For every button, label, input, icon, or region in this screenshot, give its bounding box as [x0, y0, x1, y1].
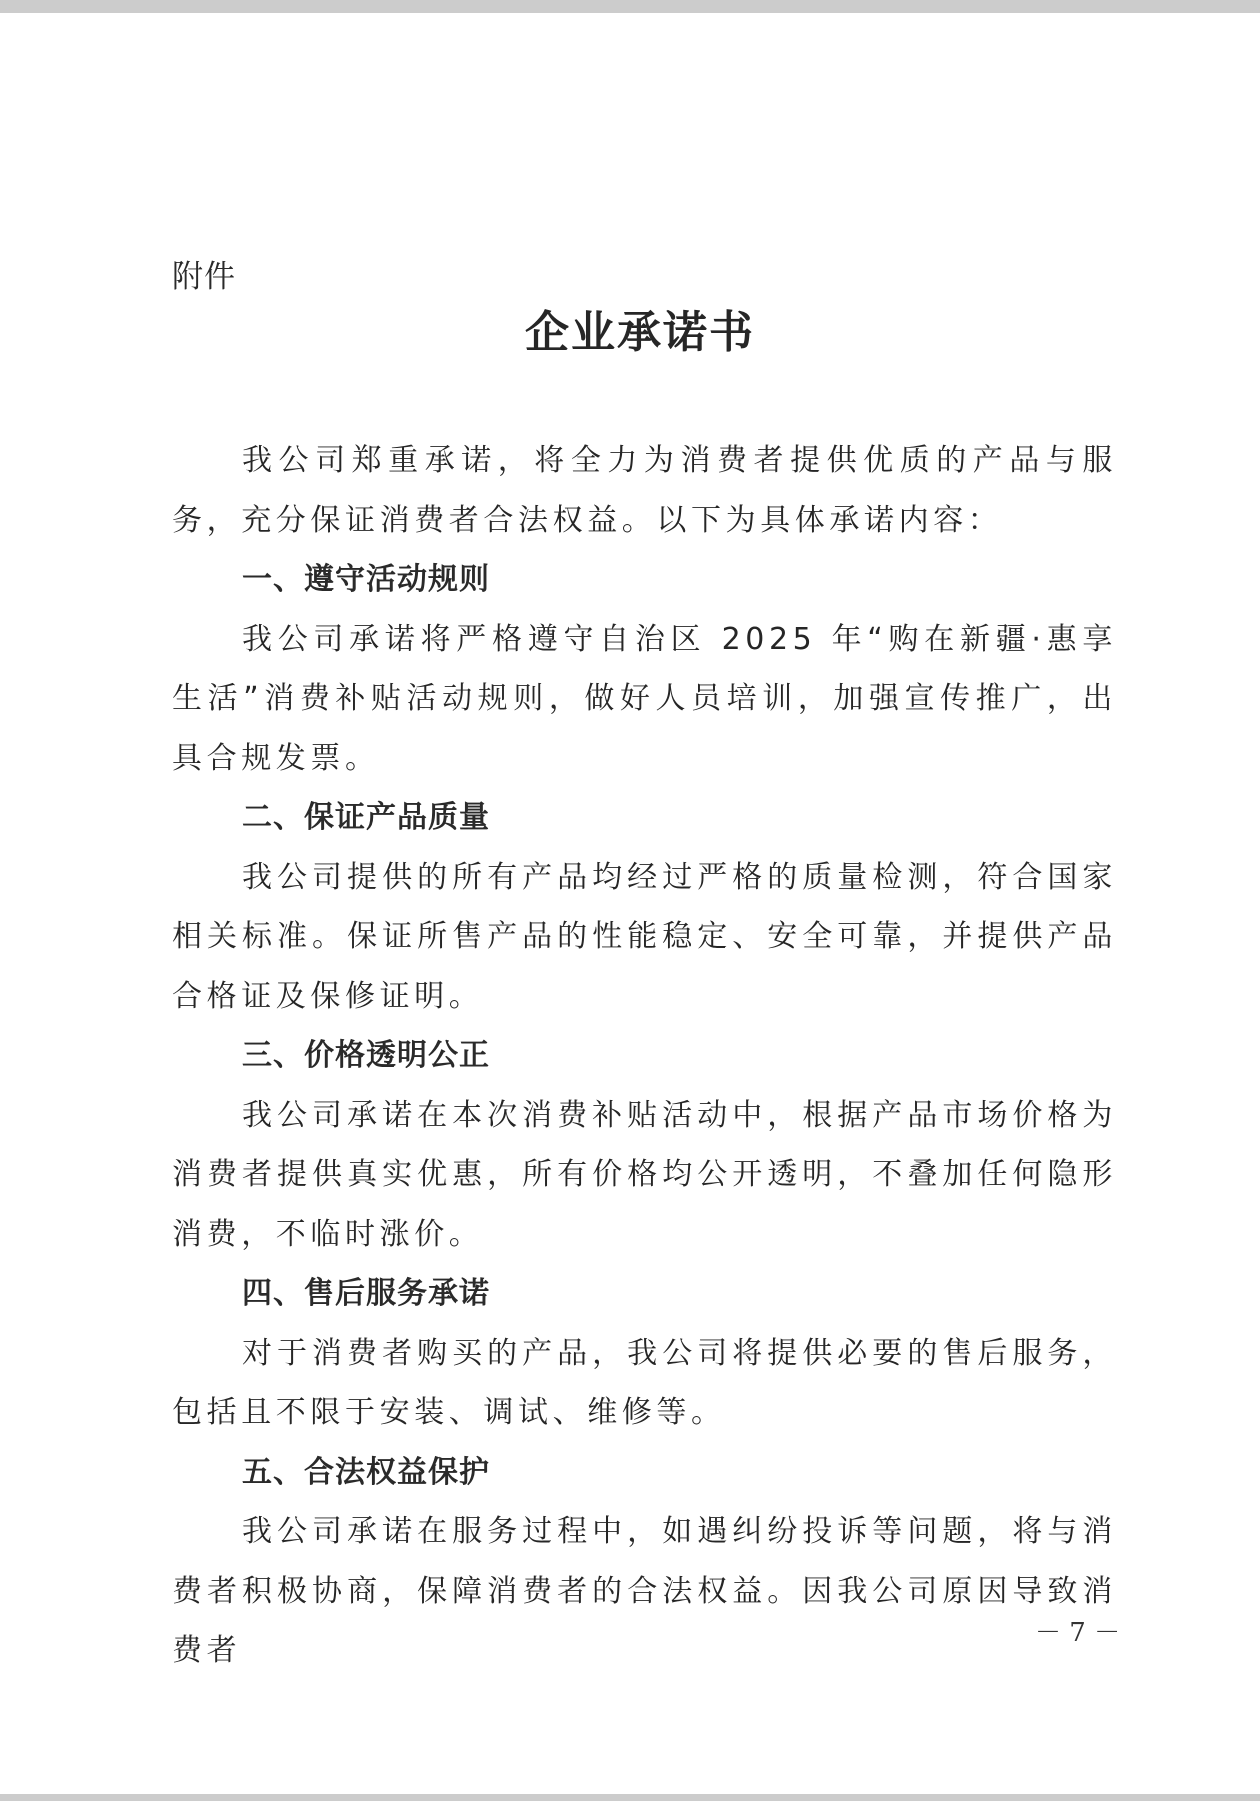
- section-heading-1: 一、遵守活动规则: [172, 550, 1117, 610]
- section-body-1: 我公司承诺将严格遵守自治区 2025 年“购在新疆·惠享生活”消费补贴活动规则，…: [172, 610, 1117, 789]
- section-heading-5: 五、合法权益保护: [172, 1443, 1117, 1503]
- document-title: 企业承诺书: [0, 303, 1260, 363]
- section-body-5: 我公司承诺在服务过程中，如遇纠纷投诉等问题，将与消费者积极协商，保障消费者的合法…: [172, 1502, 1117, 1681]
- page-number: － 7 －: [1035, 1613, 1120, 1653]
- section-heading-2: 二、保证产品质量: [172, 788, 1117, 848]
- section-heading-3: 三、价格透明公正: [172, 1026, 1117, 1086]
- section-body-2: 我公司提供的所有产品均经过严格的质量检测，符合国家相关标准。保证所售产品的性能稳…: [172, 848, 1117, 1027]
- section-body-3: 我公司承诺在本次消费补贴活动中，根据产品市场价格为消费者提供真实优惠，所有价格均…: [172, 1086, 1117, 1265]
- intro-paragraph: 我公司郑重承诺，将全力为消费者提供优质的产品与服务，充分保证消费者合法权益。以下…: [172, 431, 1117, 550]
- document-page: 附件 企业承诺书 我公司郑重承诺，将全力为消费者提供优质的产品与服务，充分保证消…: [0, 13, 1260, 1794]
- attachment-label: 附件: [172, 257, 236, 297]
- viewer-top-bar: [0, 0, 1260, 13]
- section-heading-4: 四、售后服务承诺: [172, 1264, 1117, 1324]
- section-body-4: 对于消费者购买的产品，我公司将提供必要的售后服务，包括且不限于安装、调试、维修等…: [172, 1324, 1117, 1443]
- document-body: 我公司郑重承诺，将全力为消费者提供优质的产品与服务，充分保证消费者合法权益。以下…: [172, 431, 1117, 1681]
- viewer-bottom-bar: [0, 1794, 1260, 1801]
